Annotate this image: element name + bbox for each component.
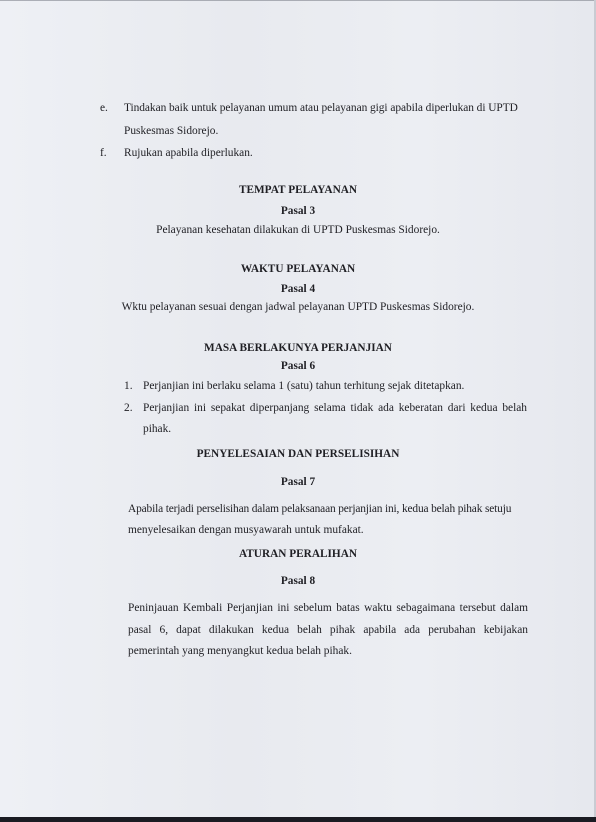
pasal-8-line-2: pasal 6, dapat dilakukan kedua belah pih… bbox=[128, 625, 528, 636]
pasal-7-label: Pasal 7 bbox=[0, 477, 596, 488]
list-marker-2: 2. bbox=[124, 403, 133, 414]
pasal-6-item-2-line-1: Perjanjian ini sepakat diperpanjang sela… bbox=[143, 403, 527, 414]
pasal-6-item-2-line-2: pihak. bbox=[143, 424, 171, 435]
pasal-6-item-1: Perjanjian ini berlaku selama 1 (satu) t… bbox=[143, 381, 464, 392]
pasal-3-text: Pelayanan kesehatan dilakukan di UPTD Pu… bbox=[0, 225, 596, 236]
scan-top-edge bbox=[0, 0, 596, 1]
pasal-6-label: Pasal 6 bbox=[0, 361, 596, 372]
list-item-e-line-1: Tindakan baik untuk pelayanan umum atau … bbox=[124, 103, 518, 114]
pasal-7-line-2: menyelesaikan dengan musyawarah untuk mu… bbox=[128, 525, 364, 536]
list-item-e-line-2: Puskesmas Sidorejo. bbox=[124, 126, 218, 137]
scan-bottom-edge bbox=[0, 817, 596, 822]
pasal-4-label: Pasal 4 bbox=[0, 284, 596, 295]
pasal-4-text: Wktu pelayanan sesuai dengan jadwal pela… bbox=[0, 302, 596, 313]
list-marker-1: 1. bbox=[124, 381, 133, 392]
section-title-penyelesaian: PENYELESAIAN DAN PERSELISIHAN bbox=[0, 449, 596, 460]
section-title-aturan-peralihan: ATURAN PERALIHAN bbox=[0, 549, 596, 560]
pasal-8-line-3: pemerintah yang menyangkut kedua belah p… bbox=[128, 646, 352, 657]
section-title-tempat-pelayanan: TEMPAT PELAYANAN bbox=[0, 185, 596, 196]
pasal-3-label: Pasal 3 bbox=[0, 206, 596, 217]
list-marker-e: e. bbox=[100, 103, 108, 114]
pasal-7-line-1: Apabila terjadi perselisihan dalam pelak… bbox=[128, 504, 511, 515]
pasal-8-label: Pasal 8 bbox=[0, 576, 596, 587]
list-marker-f: f. bbox=[100, 148, 107, 159]
list-item-f-line-1: Rujukan apabila diperlukan. bbox=[124, 148, 253, 159]
document-page: e. Tindakan baik untuk pelayanan umum at… bbox=[0, 0, 596, 817]
pasal-8-line-1: Peninjauan Kembali Perjanjian ini sebelu… bbox=[128, 603, 528, 614]
section-title-masa-berlakunya: MASA BERLAKUNYA PERJANJIAN bbox=[0, 343, 596, 354]
section-title-waktu-pelayanan: WAKTU PELAYANAN bbox=[0, 264, 596, 275]
